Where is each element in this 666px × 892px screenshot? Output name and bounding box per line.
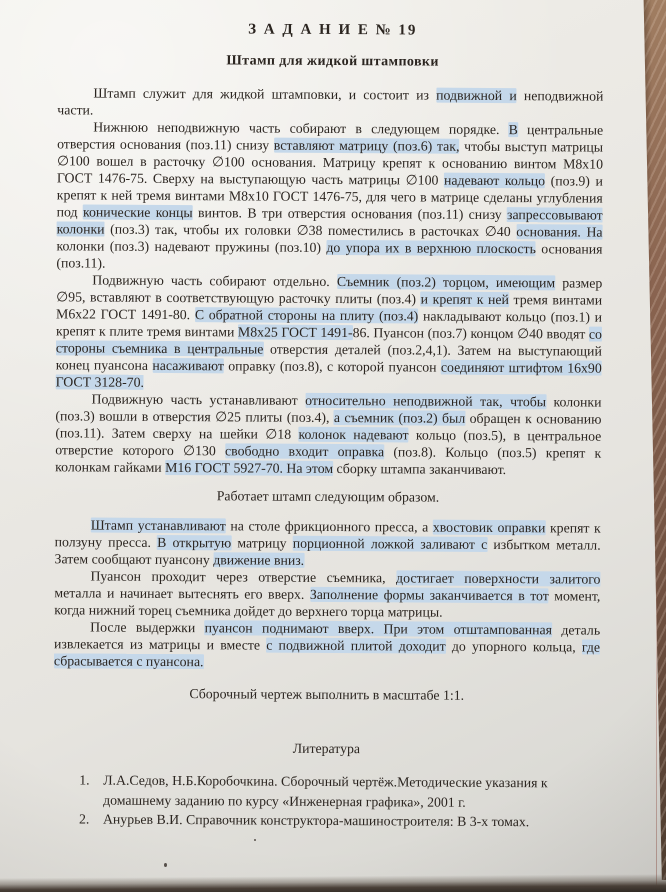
task-title: З А Д А Н И Е № 19: [0, 20, 666, 41]
highlight: и крепят к ней: [421, 292, 509, 308]
text-run: Сборочный чертеж выполнить в масштабе 1:…: [189, 686, 464, 703]
intro-paragraph: Штамп служит для жидкой штамповки, и сос…: [57, 84, 603, 121]
list-number: 1.: [79, 770, 103, 809]
literature-item-1: 1.Л.А.Седов, Н.Б.Коробочкина. Сборочный …: [79, 770, 589, 812]
highlight: вставляют матрицу (поз.6) так,: [274, 138, 460, 154]
document-content: З А Д А Н И Е № 19 Штамп для жидкой штам…: [0, 0, 666, 833]
highlight: а съемник (поз.2) был: [334, 410, 465, 426]
paper-speck: [254, 839, 256, 841]
highlight: В открытую: [157, 535, 231, 550]
text-run: Работает штамп следующим образом.: [217, 488, 440, 504]
highlight: Съемник (поз.2) торцом, имеющим: [337, 274, 555, 290]
highlight: порционной ложкой заливают с: [293, 536, 488, 552]
operation-paragraph-3: После выдержки пуансон поднимают вверх. …: [54, 618, 600, 672]
die-alignment-paragraph: Подвижную часть устанавливают относитель…: [55, 390, 602, 478]
highlight: до упора их в верхнюю плоскость: [326, 240, 536, 256]
highlight: относительно неподвижной так, чтобы: [305, 393, 546, 409]
fixed-part-assembly-paragraph: Нижнюю неподвижную часть собирают в след…: [56, 118, 603, 274]
highlight: колонок надевают: [298, 427, 408, 443]
scale-note-line: Сборочный чертеж выполнить в масштабе 1:…: [54, 684, 600, 704]
highlight: С обратной стороны на плиту (поз.4): [195, 307, 419, 323]
highlight: Штамп устанавливают: [91, 518, 226, 534]
text-run: Штамп служит для жидкой штамповки, и сос…: [57, 86, 603, 118]
literature-item-2: 2.Анурьев В.И. Справочник конструктора-м…: [79, 809, 589, 832]
highlight: основания. На: [516, 224, 602, 240]
highlight: конические концы: [83, 204, 193, 220]
text-run: Штамп устанавливают на столе фрикционног…: [55, 518, 601, 568]
operation-heading-line: Работает штамп следующим образом.: [55, 486, 601, 506]
highlight: В: [509, 122, 518, 137]
highlight: насаживают: [152, 358, 224, 373]
highlight: хвостовик оправки: [433, 520, 546, 536]
task-subtitle: Штамп для жидкой штамповки: [0, 52, 666, 72]
literature-heading: Литература: [53, 738, 599, 758]
text-run: После выдержки пуансон поднимают вверх. …: [54, 620, 600, 670]
highlight: надевают кольцо: [444, 173, 545, 189]
photo-of-document: { "colors": { "highlight": "#c5d8ea", "p…: [0, 0, 666, 892]
text-run: Анурьев В.И. Справочник конструктора-маш…: [103, 810, 589, 832]
highlight: движение вниз.: [213, 552, 304, 568]
text-run: Нижнюю неподвижную часть собирают в след…: [56, 120, 603, 271]
list-number: 2.: [79, 809, 103, 829]
paper-speck: [164, 863, 167, 867]
highlight: достигает поверхности залитого: [396, 570, 600, 586]
text-run: Подвижную часть устанавливают относитель…: [55, 392, 602, 478]
highlight: подвижной и: [436, 88, 517, 103]
text-run: Подвижную часть собирают отдельно. Съемн…: [56, 273, 603, 390]
highlight: с подвижной плитой доходит: [266, 638, 446, 654]
desk-surface-bottom-edge: [0, 874, 666, 892]
movable-part-assembly-paragraph: Подвижную часть собирают отдельно. Съемн…: [56, 271, 603, 393]
text-run: Литература: [293, 741, 360, 756]
operation-paragraph-1: Штамп устанавливают на столе фрикционног…: [55, 516, 601, 570]
highlight: пуансон поднимают вверх. При этом отштам…: [205, 620, 552, 637]
document-body: Штамп служит для жидкой штамповки, и сос…: [53, 84, 604, 832]
highlight: М16 ГОСТ 5927-70. На этом: [165, 460, 333, 476]
highlight: Заполнение формы заканчивается в тот: [310, 587, 549, 603]
text-run: Л.А.Седов, Н.Б.Коробочкина. Сборочный че…: [103, 771, 589, 813]
highlight: свободно входит оправка: [225, 443, 384, 459]
operation-paragraph-2: Пуансон проходит через отверстие съемник…: [54, 567, 600, 621]
highlight: М8х25 ГОСТ 1491-: [238, 324, 353, 340]
text-run: Пуансон проходит через отверстие съемник…: [54, 569, 600, 620]
